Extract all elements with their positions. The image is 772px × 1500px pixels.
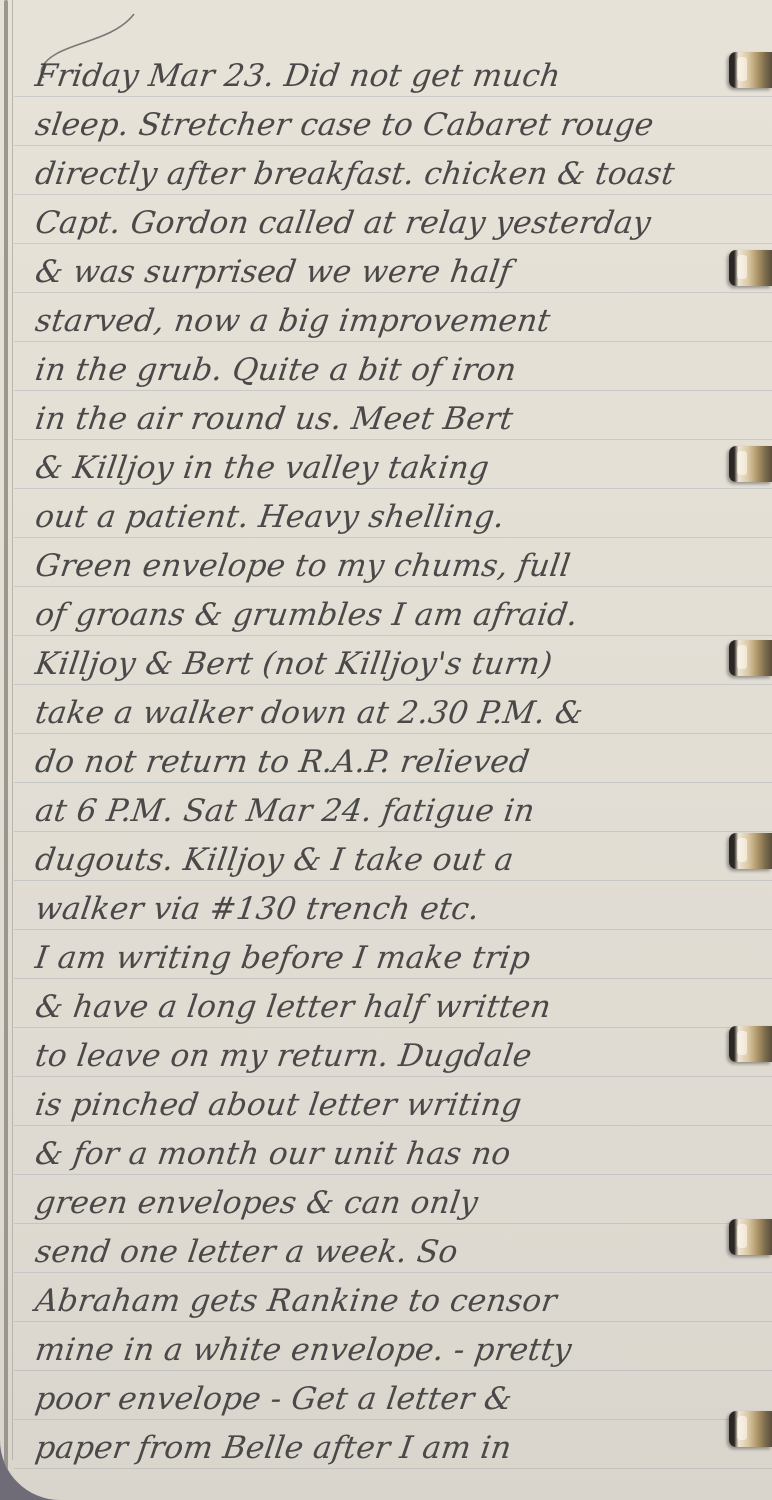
diary-line: take a walker down at 2.30 P.M. & bbox=[32, 689, 739, 738]
diary-line: Killjoy & Bert (not Killjoy's turn) bbox=[32, 640, 739, 689]
diary-text: Friday Mar 23. Did not get much sleep. S… bbox=[32, 52, 732, 1473]
diary-line: mine in a white envelope. - pretty bbox=[32, 1326, 739, 1375]
diary-line: in the air round us. Meet Bert bbox=[32, 395, 739, 444]
diary-line: directly after breakfast. chicken & toas… bbox=[32, 150, 739, 199]
diary-line: send one letter a week. So bbox=[32, 1228, 739, 1277]
diary-line: Capt. Gordon called at relay yesterday bbox=[32, 199, 739, 248]
diary-line: & Killjoy in the valley taking bbox=[32, 444, 739, 493]
spiral-ring-icon bbox=[729, 446, 772, 482]
diary-line: green envelopes & can only bbox=[32, 1179, 739, 1228]
notebook-page: Friday Mar 23. Did not get much sleep. S… bbox=[0, 0, 772, 1500]
page-left-edge bbox=[4, 0, 8, 1470]
diary-line: do not return to R.A.P. relieved bbox=[32, 738, 739, 787]
diary-line: of groans & grumbles I am afraid. bbox=[32, 591, 739, 640]
diary-line: walker via #130 trench etc. bbox=[32, 885, 739, 934]
diary-line: I am writing before I make trip bbox=[32, 934, 739, 983]
diary-line: to leave on my return. Dugdale bbox=[32, 1032, 739, 1081]
spiral-ring-icon bbox=[729, 250, 772, 286]
spiral-ring-icon bbox=[729, 1026, 772, 1062]
spiral-ring-icon bbox=[729, 1219, 772, 1255]
diary-line: & have a long letter half written bbox=[32, 983, 739, 1032]
diary-line: Green envelope to my chums, full bbox=[32, 542, 739, 591]
diary-line: paper from Belle after I am in bbox=[32, 1424, 739, 1473]
spiral-ring-icon bbox=[729, 833, 772, 869]
diary-line: & for a month our unit has no bbox=[32, 1130, 739, 1179]
diary-line: Friday Mar 23. Did not get much bbox=[32, 52, 739, 101]
diary-line: out a patient. Heavy shelling. bbox=[32, 493, 739, 542]
diary-line: poor envelope - Get a letter & bbox=[32, 1375, 739, 1424]
diary-line: in the grub. Quite a bit of iron bbox=[32, 346, 739, 395]
diary-line: Abraham gets Rankine to censor bbox=[32, 1277, 739, 1326]
diary-line: at 6 P.M. Sat Mar 24. fatigue in bbox=[32, 787, 739, 836]
spiral-ring-icon bbox=[729, 1411, 772, 1447]
diary-line: is pinched about letter writing bbox=[32, 1081, 739, 1130]
diary-line: dugouts. Killjoy & I take out a bbox=[32, 836, 739, 885]
diary-line: sleep. Stretcher case to Cabaret rouge bbox=[32, 101, 739, 150]
diary-line: starved, now a big improvement bbox=[32, 297, 739, 346]
spiral-ring-icon bbox=[729, 640, 772, 676]
spiral-ring-icon bbox=[729, 52, 772, 88]
diary-line: & was surprised we were half bbox=[32, 248, 739, 297]
page-margin-line bbox=[12, 0, 13, 1460]
